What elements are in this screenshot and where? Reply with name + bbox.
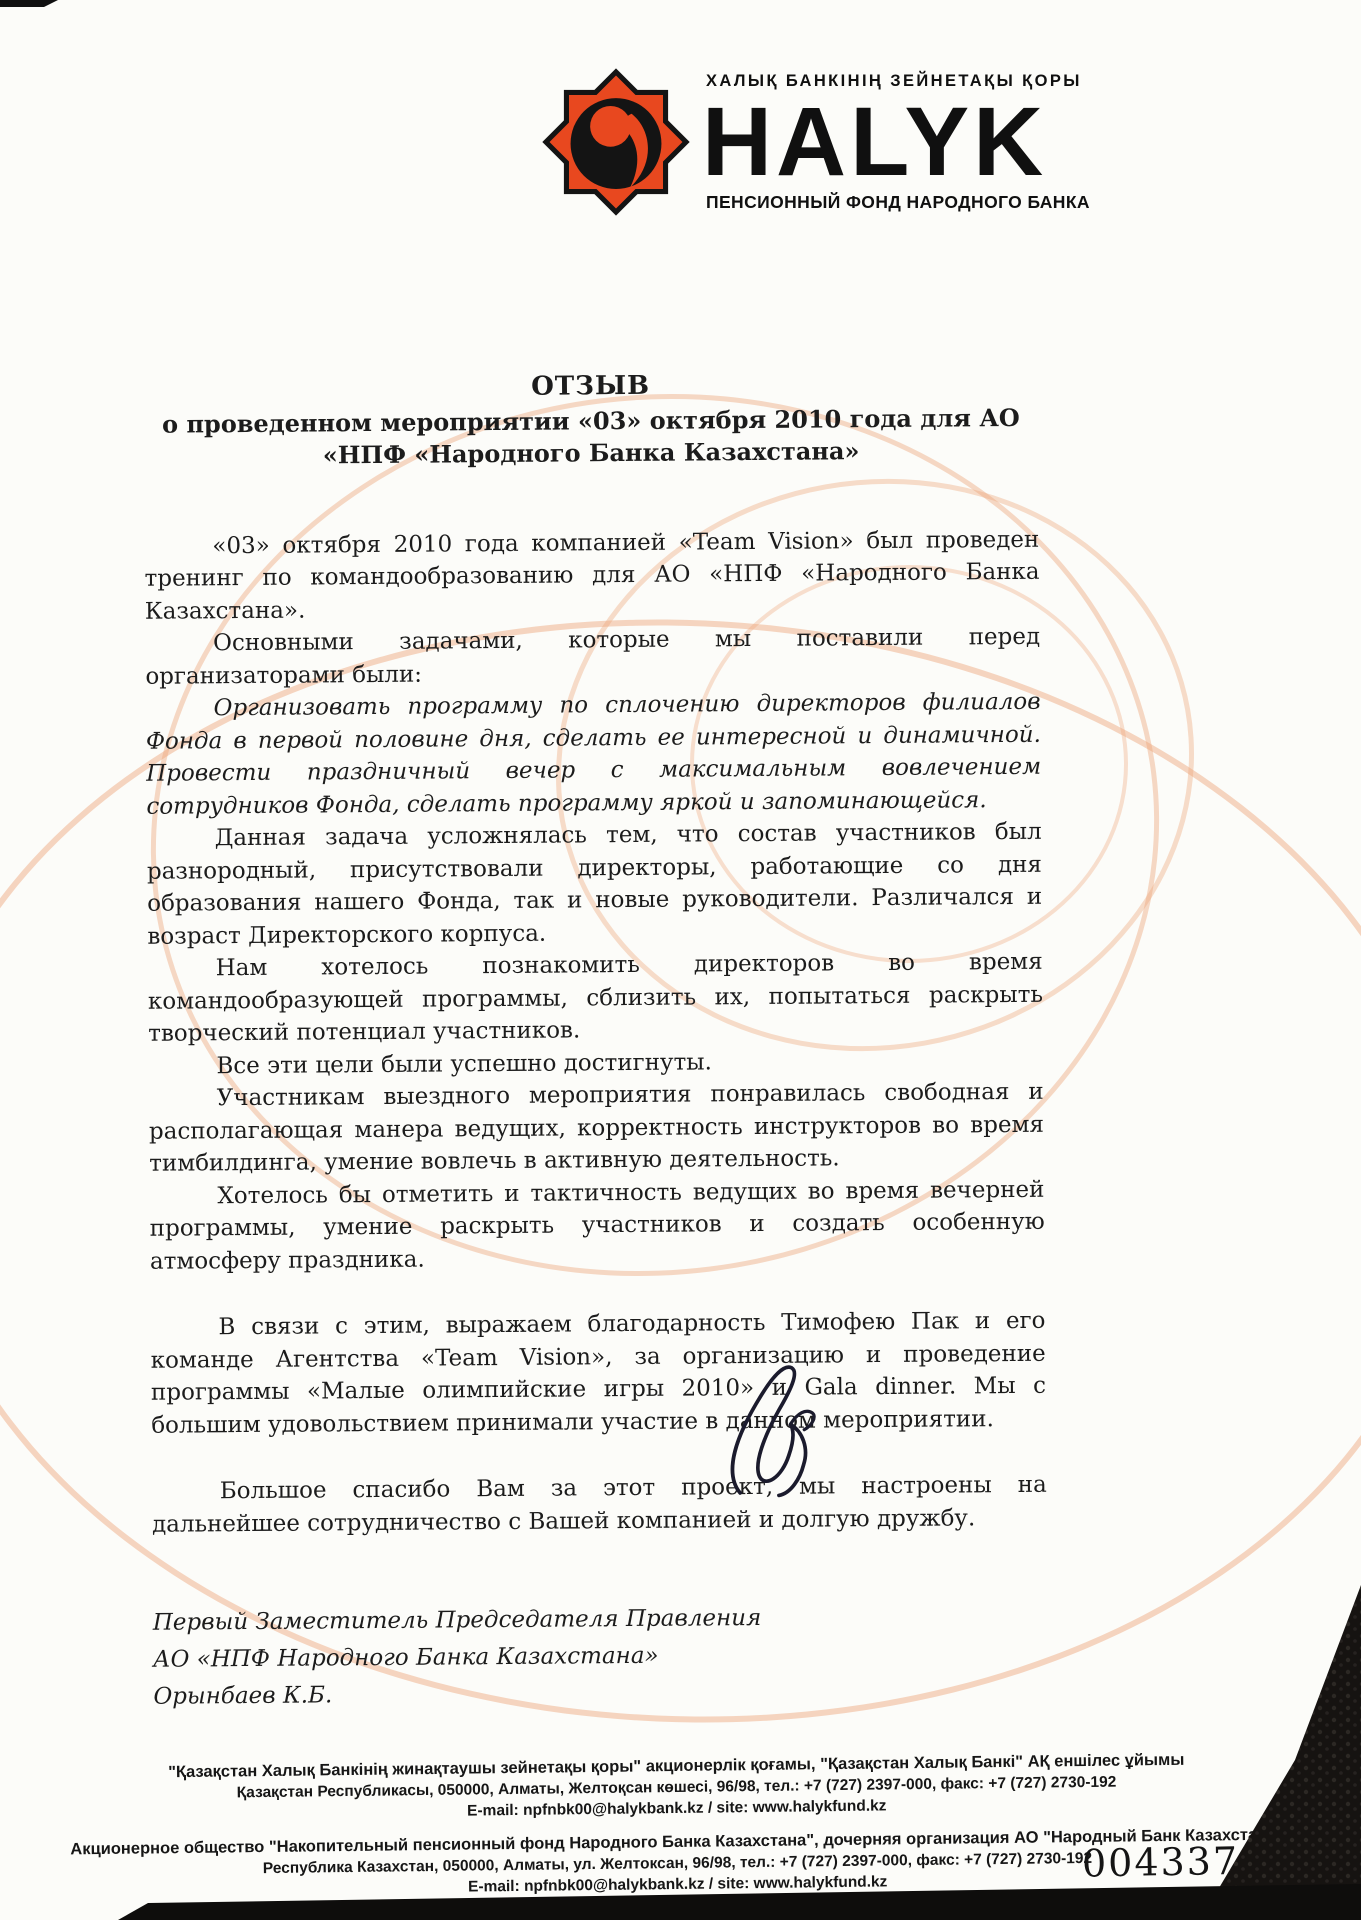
body-paragraph: В связи с этим, выражаем благодарность Т… xyxy=(150,1305,1046,1442)
signer-name: Орынбаев К.Б. xyxy=(153,1672,1048,1716)
body-paragraph: Основными задачами, которые мы поставили… xyxy=(145,621,1040,693)
body-paragraph-tasks: Организовать программу по сплочению дире… xyxy=(146,686,1042,823)
document-page: ХАЛЫҚ БАНКІНІҢ ЗЕЙНЕТАҚЫ ҚОРЫ HALYK ПЕНС… xyxy=(0,0,1361,1920)
document-subtitle: о проведенном мероприятии «03» октября 2… xyxy=(143,402,1038,473)
body-paragraph: Данная задача усложнялась тем, что соста… xyxy=(147,816,1043,953)
signature-block: Первый Заместитель Председателя Правлени… xyxy=(153,1598,1049,1716)
body-paragraph: Хотелось бы отметить и тактичность ведущ… xyxy=(149,1174,1045,1279)
letter-body: «03» октября 2010 года компанией «Team V… xyxy=(144,524,1047,1541)
body-paragraph: «03» октября 2010 года компанией «Team V… xyxy=(144,524,1040,629)
letterhead: ХАЛЫҚ БАНКІНІҢ ЗЕЙНЕТАҚЫ ҚОРЫ HALYK ПЕНС… xyxy=(540,58,1090,226)
body-paragraph: Нам хотелось познакомить директоров во в… xyxy=(148,946,1044,1051)
letterhead-russian-line: ПЕНСИОННЫЙ ФОНД НАРОДНОГО БАНКА xyxy=(706,192,1090,213)
serial-number-stamp: 0043379 xyxy=(1082,1838,1266,1885)
halyk-star-logo-icon xyxy=(540,58,692,226)
scan-corner-mark-top-left xyxy=(0,0,58,7)
body-paragraph: Большое спасибо Вам за этот проект, мы н… xyxy=(152,1469,1047,1541)
brand-wordmark: HALYK xyxy=(702,93,1090,190)
body-paragraph: Участникам выездного мероприятия понрави… xyxy=(149,1076,1045,1181)
footer-kazakh-block: "Қазақстан Халық Банкінің жинақтаушы зей… xyxy=(41,1748,1312,1827)
handwritten-signature-icon xyxy=(719,1354,840,1505)
document-title: ОТЗЫВ xyxy=(143,368,1038,405)
letter-content: ОТЗЫВ о проведенном мероприятии «03» окт… xyxy=(143,368,1049,1716)
letterhead-text: ХАЛЫҚ БАНКІНІҢ ЗЕЙНЕТАҚЫ ҚОРЫ HALYK ПЕНС… xyxy=(706,72,1090,213)
